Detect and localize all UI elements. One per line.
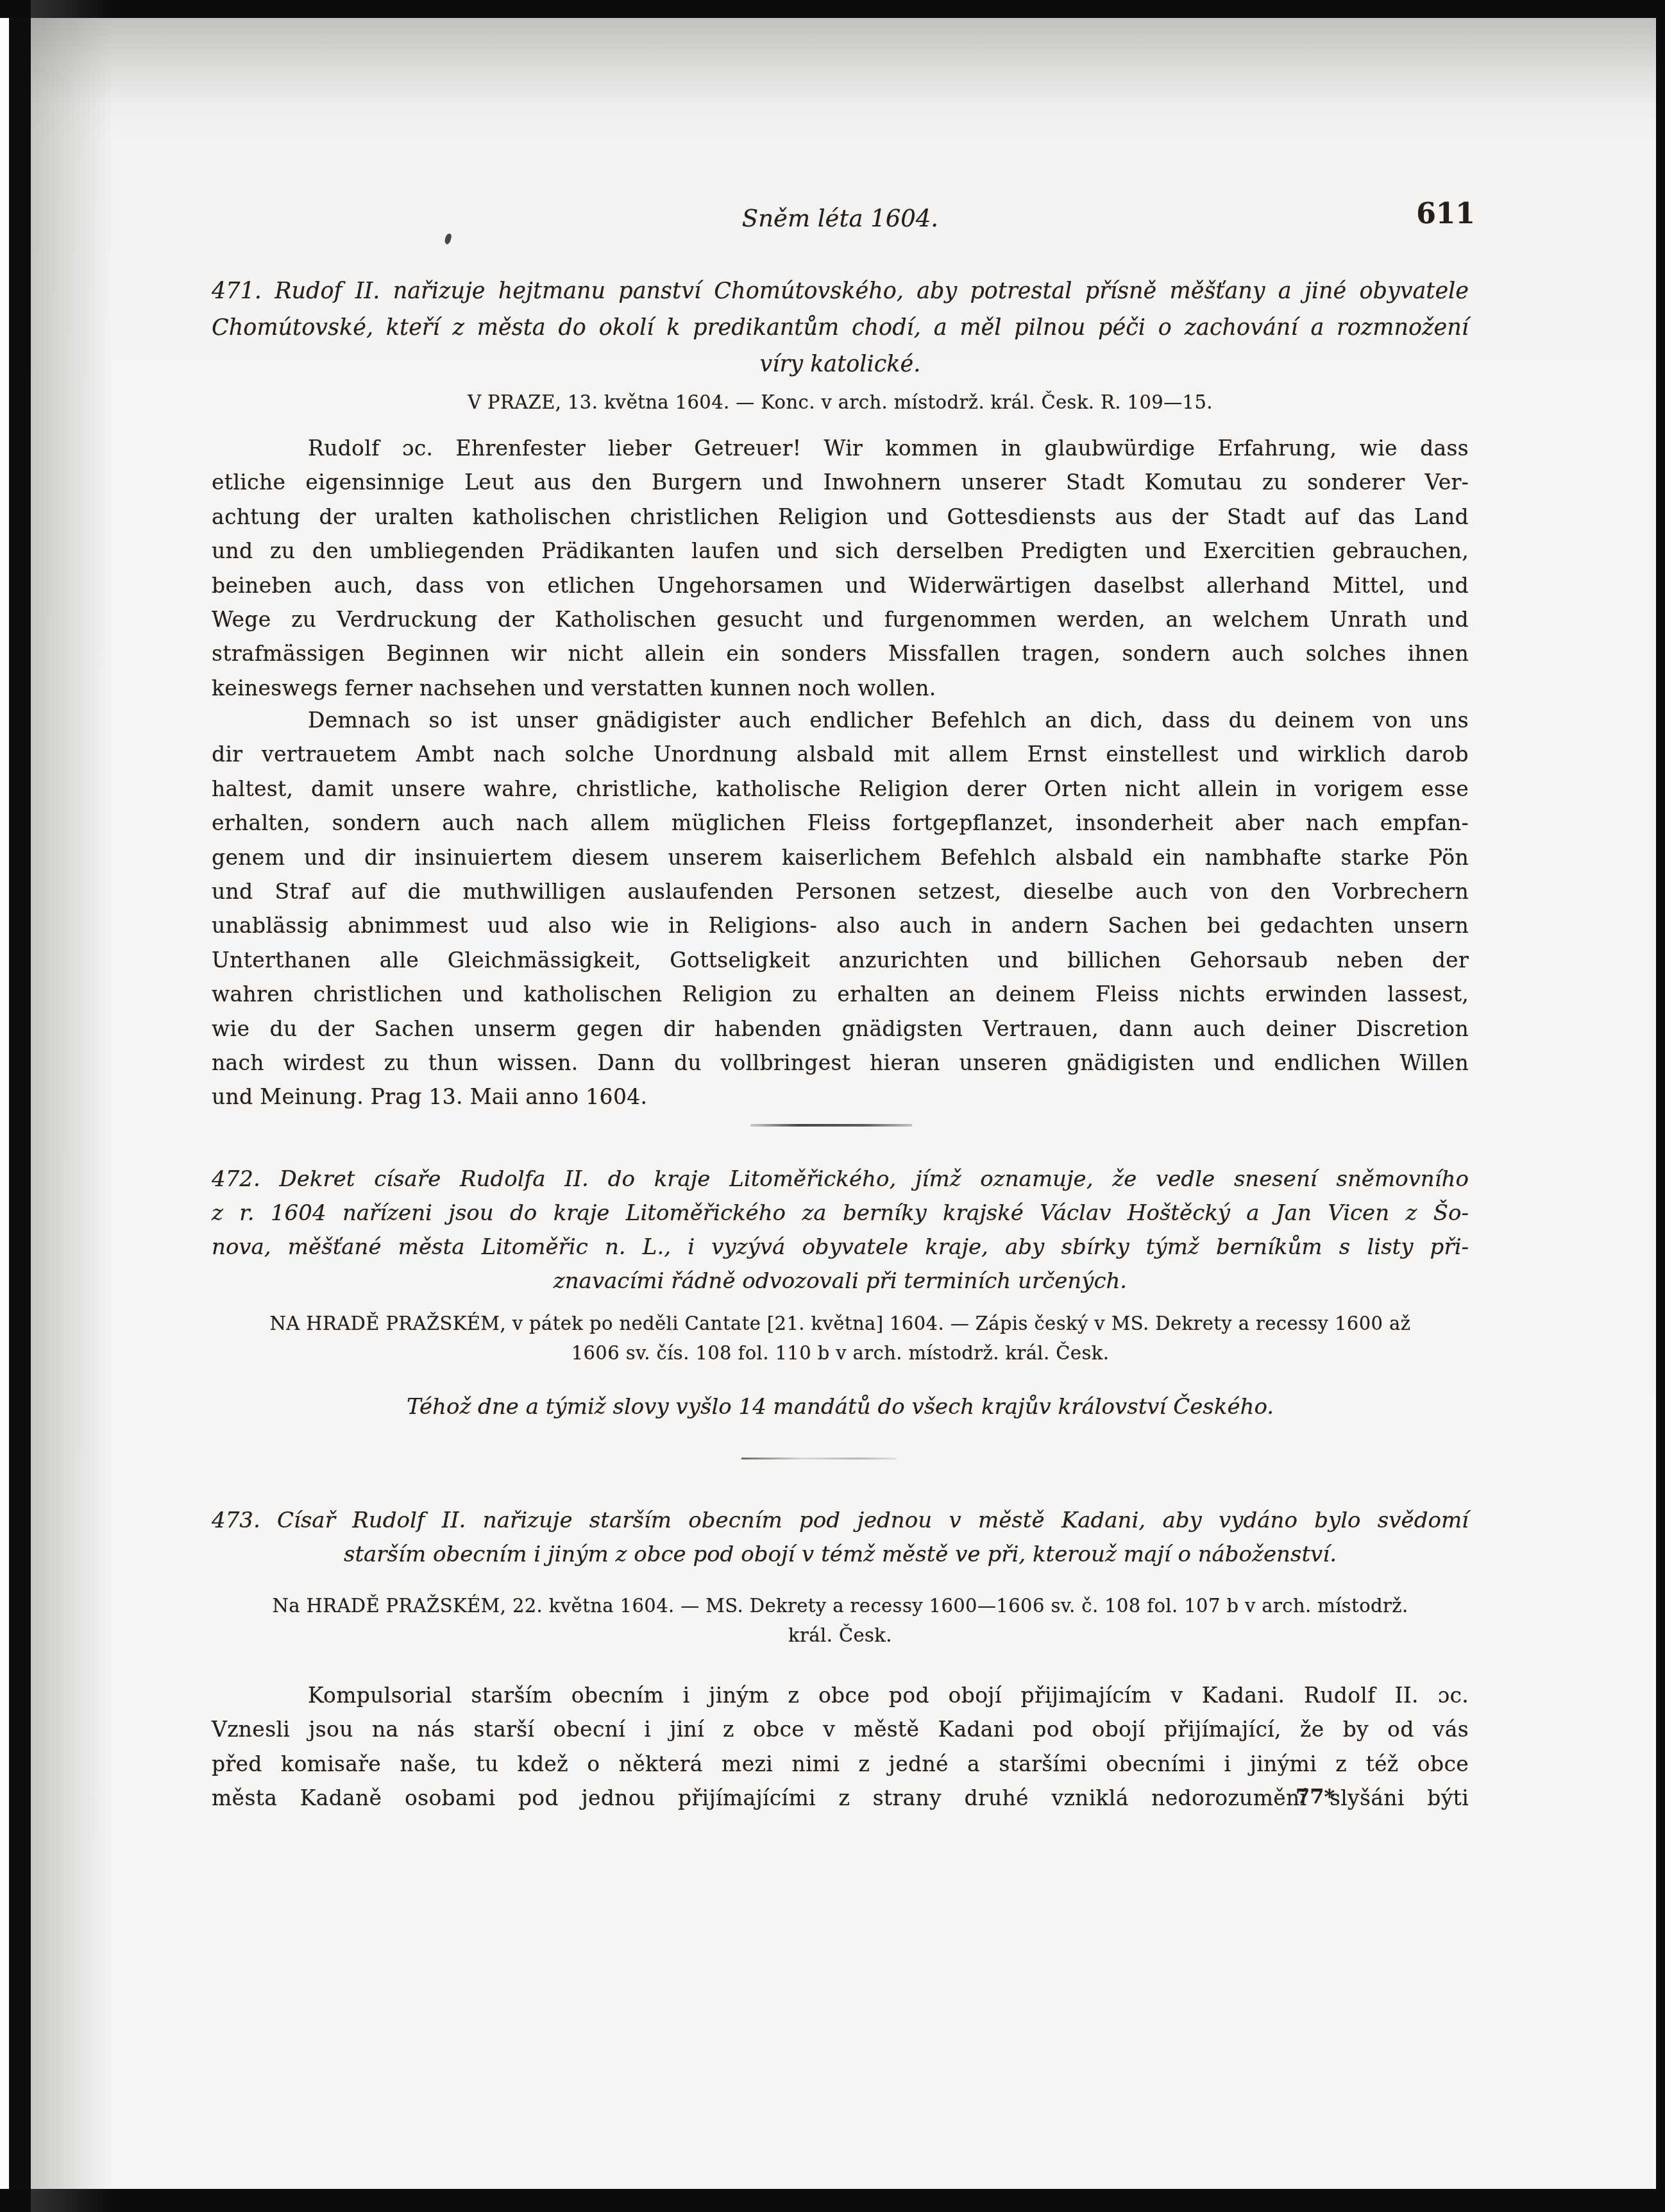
section-471-heading: 471. Rudof II. nařizuje hejtmanu panství…	[212, 273, 1469, 383]
section-472-heading-line: nova, měšťané města Litoměřic n. L., i v…	[212, 1230, 1469, 1264]
paragraph-line: achtung der uralten katholischen christl…	[212, 500, 1469, 534]
running-header-title: Sněm léta 1604.	[212, 203, 1469, 235]
printers-signature-mark: 77*	[1296, 1783, 1373, 1809]
paragraph-line: města Kadaně osobami pod jednou přijímaj…	[212, 1781, 1469, 1815]
scan-top-shadow	[31, 18, 1656, 114]
section-471-paragraph-2: Demnach so ist unser gnädigister auch en…	[212, 703, 1469, 1114]
paragraph-line: unablässig abnimmest uud also wie in Rel…	[212, 908, 1469, 942]
section-471-dateline-line: V PRAZE, 13. května 1604. — Konc. v arch…	[212, 387, 1469, 417]
section-472-dateline-line: NA HRADĚ PRAŽSKÉM, v pátek po neděli Can…	[212, 1309, 1469, 1338]
section-separator-rule	[750, 1124, 912, 1127]
scan-right-border	[1656, 0, 1665, 2212]
section-473-heading-line: 473. Císař Rudolf II. nařizuje starším o…	[212, 1504, 1469, 1538]
paragraph-line: haltest, damit unsere wahre, christliche…	[212, 772, 1469, 806]
section-473-paragraph: Kompulsorial starším obecním i jiným z o…	[212, 1678, 1469, 1816]
section-472-dateline: NA HRADĚ PRAŽSKÉM, v pátek po neděli Can…	[212, 1309, 1469, 1368]
section-472-heading-line: z r. 1604 nařízeni jsou do kraje Litoměř…	[212, 1196, 1469, 1230]
paragraph-line: wahren christlichen und katholischen Rel…	[212, 977, 1469, 1011]
section-separator-rule	[741, 1458, 897, 1459]
paragraph-line: genem und dir insinuiertem diesem unsere…	[212, 840, 1469, 874]
paragraph-line: dir vertrauetem Ambt nach solche Unordnu…	[212, 737, 1469, 771]
scan-top-border	[0, 0, 1665, 18]
section-473-heading: 473. Císař Rudolf II. nařizuje starším o…	[212, 1504, 1469, 1572]
paragraph-line: Rudolf ɔc. Ehrenfester lieber Getreuer! …	[212, 431, 1469, 465]
paragraph-line: und Straf auf die muthwilligen auslaufen…	[212, 874, 1469, 908]
paragraph-line: Vznesli jsou na nás starší obecní i jiní…	[212, 1712, 1469, 1746]
paragraph-line: Kompulsorial starším obecním i jiným z o…	[212, 1678, 1469, 1712]
section-471-paragraph-1: Rudolf ɔc. Ehrenfester lieber Getreuer! …	[212, 431, 1469, 705]
paragraph-line: nach wirdest zu thun wissen. Dann du vol…	[212, 1046, 1469, 1080]
section-473-dateline-line: Na HRADĚ PRAŽSKÉM, 22. května 1604. — MS…	[212, 1591, 1469, 1621]
scan-left-black-bar	[9, 0, 31, 2212]
paragraph-line: etliche eigensinnige Leut aus den Burger…	[212, 465, 1469, 499]
paragraph-line: erhalten, sondern auch nach allem müglic…	[212, 806, 1469, 840]
paragraph-line: keineswegs ferner nachsehen und verstatt…	[212, 671, 1469, 705]
section-471-heading-line: 471. Rudof II. nařizuje hejtmanu panství…	[212, 273, 1469, 310]
section-473-dateline-line: král. Česk.	[212, 1621, 1469, 1650]
scan-left-shadow	[31, 0, 127, 2212]
paragraph-line: und zu den umbliegenden Prädikanten lauf…	[212, 534, 1469, 568]
section-471-heading-line: Chomútovské, kteří z města do okolí k pr…	[212, 310, 1469, 346]
scanned-book-page: Sněm léta 1604. 611 471. Rudof II. nařiz…	[0, 0, 1665, 2212]
page-number: 611	[1405, 196, 1475, 232]
paragraph-line: wie du der Sachen unserm gegen dir haben…	[212, 1012, 1469, 1046]
paragraph-line: strafmässigen Beginnen wir nicht allein …	[212, 636, 1469, 670]
section-472-note: Téhož dne a týmiž slovy vyšlo 14 mandátů…	[212, 1391, 1469, 1423]
section-472-dateline-line: 1606 sv. čís. 108 fol. 110 b v arch. mís…	[212, 1338, 1469, 1368]
paragraph-line: beineben auch, dass von etlichen Ungehor…	[212, 568, 1469, 602]
section-473-heading-line: starším obecním i jiným z obce pod obojí…	[212, 1538, 1469, 1572]
paragraph-line: und Meinung. Prag 13. Maii anno 1604.	[212, 1080, 1469, 1114]
section-472-heading-line: 472. Dekret císaře Rudolfa II. do kraje …	[212, 1162, 1469, 1196]
scan-left-white-strip	[0, 0, 9, 2212]
paragraph-line: Demnach so ist unser gnädigister auch en…	[212, 703, 1469, 737]
section-472-heading-line: znavacími řádně odvozovali při terminích…	[212, 1264, 1469, 1298]
section-473-dateline: Na HRADĚ PRAŽSKÉM, 22. května 1604. — MS…	[212, 1591, 1469, 1650]
section-472-heading: 472. Dekret císaře Rudolfa II. do kraje …	[212, 1162, 1469, 1298]
paragraph-line: Wege zu Verdruckung der Katholischen ges…	[212, 602, 1469, 636]
paragraph-line: před komisaře naše, tu kdež o některá me…	[212, 1747, 1469, 1781]
scan-bottom-border	[0, 2189, 1665, 2212]
section-471-dateline: V PRAZE, 13. května 1604. — Konc. v arch…	[212, 387, 1469, 417]
section-471-heading-line: víry katolické.	[212, 346, 1469, 383]
paragraph-line: Unterthanen alle Gleichmässigkeit, Gotts…	[212, 943, 1469, 977]
